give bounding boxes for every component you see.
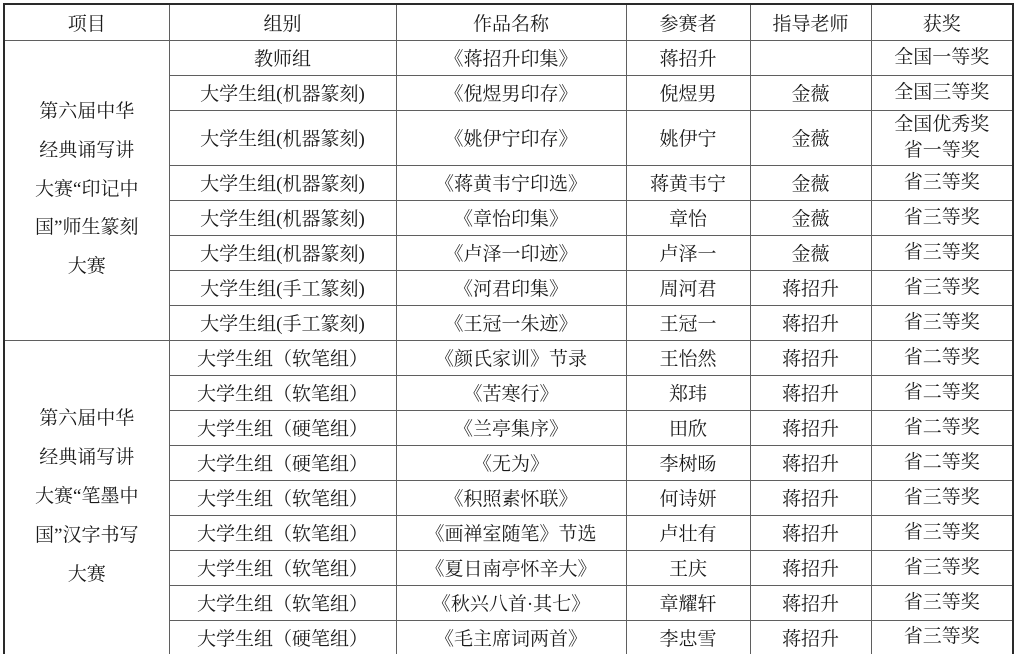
- participant-cell: 蒋招升: [626, 40, 750, 75]
- project-line: 大赛“印记中: [8, 171, 166, 210]
- group-cell: 大学生组（软笔组）: [169, 515, 396, 550]
- teacher-cell: 金薇: [750, 200, 871, 235]
- award-cell: 省三等奖: [871, 305, 1013, 340]
- project-line: 大赛“笔墨中: [8, 478, 166, 517]
- project-cell: 第六届中华经典诵写讲大赛“印记中国”师生篆刻大赛: [4, 40, 169, 340]
- teacher-cell: 蒋招升: [750, 445, 871, 480]
- participant-cell: 周河君: [626, 270, 750, 305]
- table-header: 项目 组别 作品名称 参赛者 指导老师 获奖: [4, 4, 1013, 40]
- award-cell: 省三等奖: [871, 620, 1013, 654]
- work-title-cell: 《姚伊宁印存》: [396, 110, 626, 165]
- participant-cell: 王冠一: [626, 305, 750, 340]
- teacher-cell: 金薇: [750, 110, 871, 165]
- work-title-cell: 《兰亭集序》: [396, 410, 626, 445]
- participant-cell: 何诗妍: [626, 480, 750, 515]
- column-header-group: 组别: [169, 4, 396, 40]
- column-header-award: 获奖: [871, 4, 1013, 40]
- award-cell: 全国一等奖: [871, 40, 1013, 75]
- work-title-cell: 《毛主席词两首》: [396, 620, 626, 654]
- teacher-cell: 蒋招升: [750, 620, 871, 654]
- work-title-cell: 《倪煜男印存》: [396, 75, 626, 110]
- work-title-cell: 《河君印集》: [396, 270, 626, 305]
- teacher-cell: [750, 40, 871, 75]
- award-cell: 省三等奖: [871, 515, 1013, 550]
- table-row: 第六届中华经典诵写讲大赛“笔墨中国”汉字书写大赛大学生组（软笔组）《颜氏家训》节…: [4, 340, 1013, 375]
- column-header-participant: 参赛者: [626, 4, 750, 40]
- teacher-cell: 金薇: [750, 165, 871, 200]
- teacher-cell: 蒋招升: [750, 375, 871, 410]
- column-header-work: 作品名称: [396, 4, 626, 40]
- group-cell: 大学生组（硬笔组）: [169, 445, 396, 480]
- group-cell: 教师组: [169, 40, 396, 75]
- column-header-teacher: 指导老师: [750, 4, 871, 40]
- award-cell: 省二等奖: [871, 445, 1013, 480]
- group-cell: 大学生组(手工篆刻): [169, 270, 396, 305]
- work-title-cell: 《无为》: [396, 445, 626, 480]
- award-cell: 省三等奖: [871, 480, 1013, 515]
- participant-cell: 章怡: [626, 200, 750, 235]
- project-line: 国”汉字书写: [8, 517, 166, 556]
- teacher-cell: 蒋招升: [750, 515, 871, 550]
- teacher-cell: 蒋招升: [750, 270, 871, 305]
- award-cell: 省三等奖: [871, 165, 1013, 200]
- project-line: 经典诵写讲: [8, 439, 166, 478]
- teacher-cell: 蒋招升: [750, 340, 871, 375]
- teacher-cell: 蒋招升: [750, 550, 871, 585]
- participant-cell: 卢泽一: [626, 235, 750, 270]
- work-title-cell: 《夏日南亭怀辛大》: [396, 550, 626, 585]
- award-cell: 全国三等奖: [871, 75, 1013, 110]
- teacher-cell: 金薇: [750, 235, 871, 270]
- group-cell: 大学生组（软笔组）: [169, 550, 396, 585]
- project-cell: 第六届中华经典诵写讲大赛“笔墨中国”汉字书写大赛: [4, 340, 169, 654]
- teacher-cell: 蒋招升: [750, 480, 871, 515]
- work-title-cell: 《积照素怀联》: [396, 480, 626, 515]
- group-cell: 大学生组(机器篆刻): [169, 110, 396, 165]
- award-cell: 省二等奖: [871, 375, 1013, 410]
- work-title-cell: 《章怡印集》: [396, 200, 626, 235]
- table-body: 第六届中华经典诵写讲大赛“印记中国”师生篆刻大赛教师组《蒋招升印集》蒋招升全国一…: [4, 40, 1013, 654]
- work-title-cell: 《画禅室随笔》节选: [396, 515, 626, 550]
- award-cell: 省三等奖: [871, 235, 1013, 270]
- award-cell: 省三等奖: [871, 200, 1013, 235]
- project-line: 国”师生篆刻: [8, 209, 166, 248]
- participant-cell: 李树旸: [626, 445, 750, 480]
- work-title-cell: 《颜氏家训》节录: [396, 340, 626, 375]
- column-header-project: 项目: [4, 4, 169, 40]
- award-cell: 省二等奖: [871, 340, 1013, 375]
- award-cell: 省三等奖: [871, 270, 1013, 305]
- work-title-cell: 《蒋招升印集》: [396, 40, 626, 75]
- participant-cell: 蒋黄韦宁: [626, 165, 750, 200]
- participant-cell: 王庆: [626, 550, 750, 585]
- group-cell: 大学生组（软笔组）: [169, 340, 396, 375]
- group-cell: 大学生组(机器篆刻): [169, 200, 396, 235]
- work-title-cell: 《秋兴八首·其七》: [396, 585, 626, 620]
- participant-cell: 姚伊宁: [626, 110, 750, 165]
- teacher-cell: 金薇: [750, 75, 871, 110]
- project-line: 经典诵写讲: [8, 132, 166, 171]
- participant-cell: 田欣: [626, 410, 750, 445]
- group-cell: 大学生组(机器篆刻): [169, 165, 396, 200]
- group-cell: 大学生组（软笔组）: [169, 585, 396, 620]
- group-cell: 大学生组(机器篆刻): [169, 235, 396, 270]
- group-cell: 大学生组（硬笔组）: [169, 620, 396, 654]
- project-line: 大赛: [8, 556, 166, 595]
- participant-cell: 王怡然: [626, 340, 750, 375]
- teacher-cell: 蒋招升: [750, 305, 871, 340]
- participant-cell: 卢壮有: [626, 515, 750, 550]
- awards-table: 项目 组别 作品名称 参赛者 指导老师 获奖 第六届中华经典诵写讲大赛“印记中国…: [3, 3, 1014, 654]
- group-cell: 大学生组(机器篆刻): [169, 75, 396, 110]
- award-cell: 省三等奖: [871, 550, 1013, 585]
- award-cell: 省二等奖: [871, 410, 1013, 445]
- participant-cell: 李忠雪: [626, 620, 750, 654]
- project-line: 大赛: [8, 248, 166, 287]
- teacher-cell: 蒋招升: [750, 585, 871, 620]
- work-title-cell: 《蒋黄韦宁印选》: [396, 165, 626, 200]
- participant-cell: 倪煜男: [626, 75, 750, 110]
- group-cell: 大学生组（软笔组）: [169, 480, 396, 515]
- award-cell: 全国优秀奖 省一等奖: [871, 110, 1013, 165]
- teacher-cell: 蒋招升: [750, 410, 871, 445]
- group-cell: 大学生组（软笔组）: [169, 375, 396, 410]
- participant-cell: 郑玮: [626, 375, 750, 410]
- project-line: 第六届中华: [8, 400, 166, 439]
- award-cell: 省三等奖: [871, 585, 1013, 620]
- group-cell: 大学生组（硬笔组）: [169, 410, 396, 445]
- participant-cell: 章耀轩: [626, 585, 750, 620]
- group-cell: 大学生组(手工篆刻): [169, 305, 396, 340]
- work-title-cell: 《王冠一朱迹》: [396, 305, 626, 340]
- header-row: 项目 组别 作品名称 参赛者 指导老师 获奖: [4, 4, 1013, 40]
- work-title-cell: 《卢泽一印迹》: [396, 235, 626, 270]
- table-row: 第六届中华经典诵写讲大赛“印记中国”师生篆刻大赛教师组《蒋招升印集》蒋招升全国一…: [4, 40, 1013, 75]
- document-page: 项目 组别 作品名称 参赛者 指导老师 获奖 第六届中华经典诵写讲大赛“印记中国…: [0, 0, 1024, 654]
- work-title-cell: 《苦寒行》: [396, 375, 626, 410]
- project-line: 第六届中华: [8, 93, 166, 132]
